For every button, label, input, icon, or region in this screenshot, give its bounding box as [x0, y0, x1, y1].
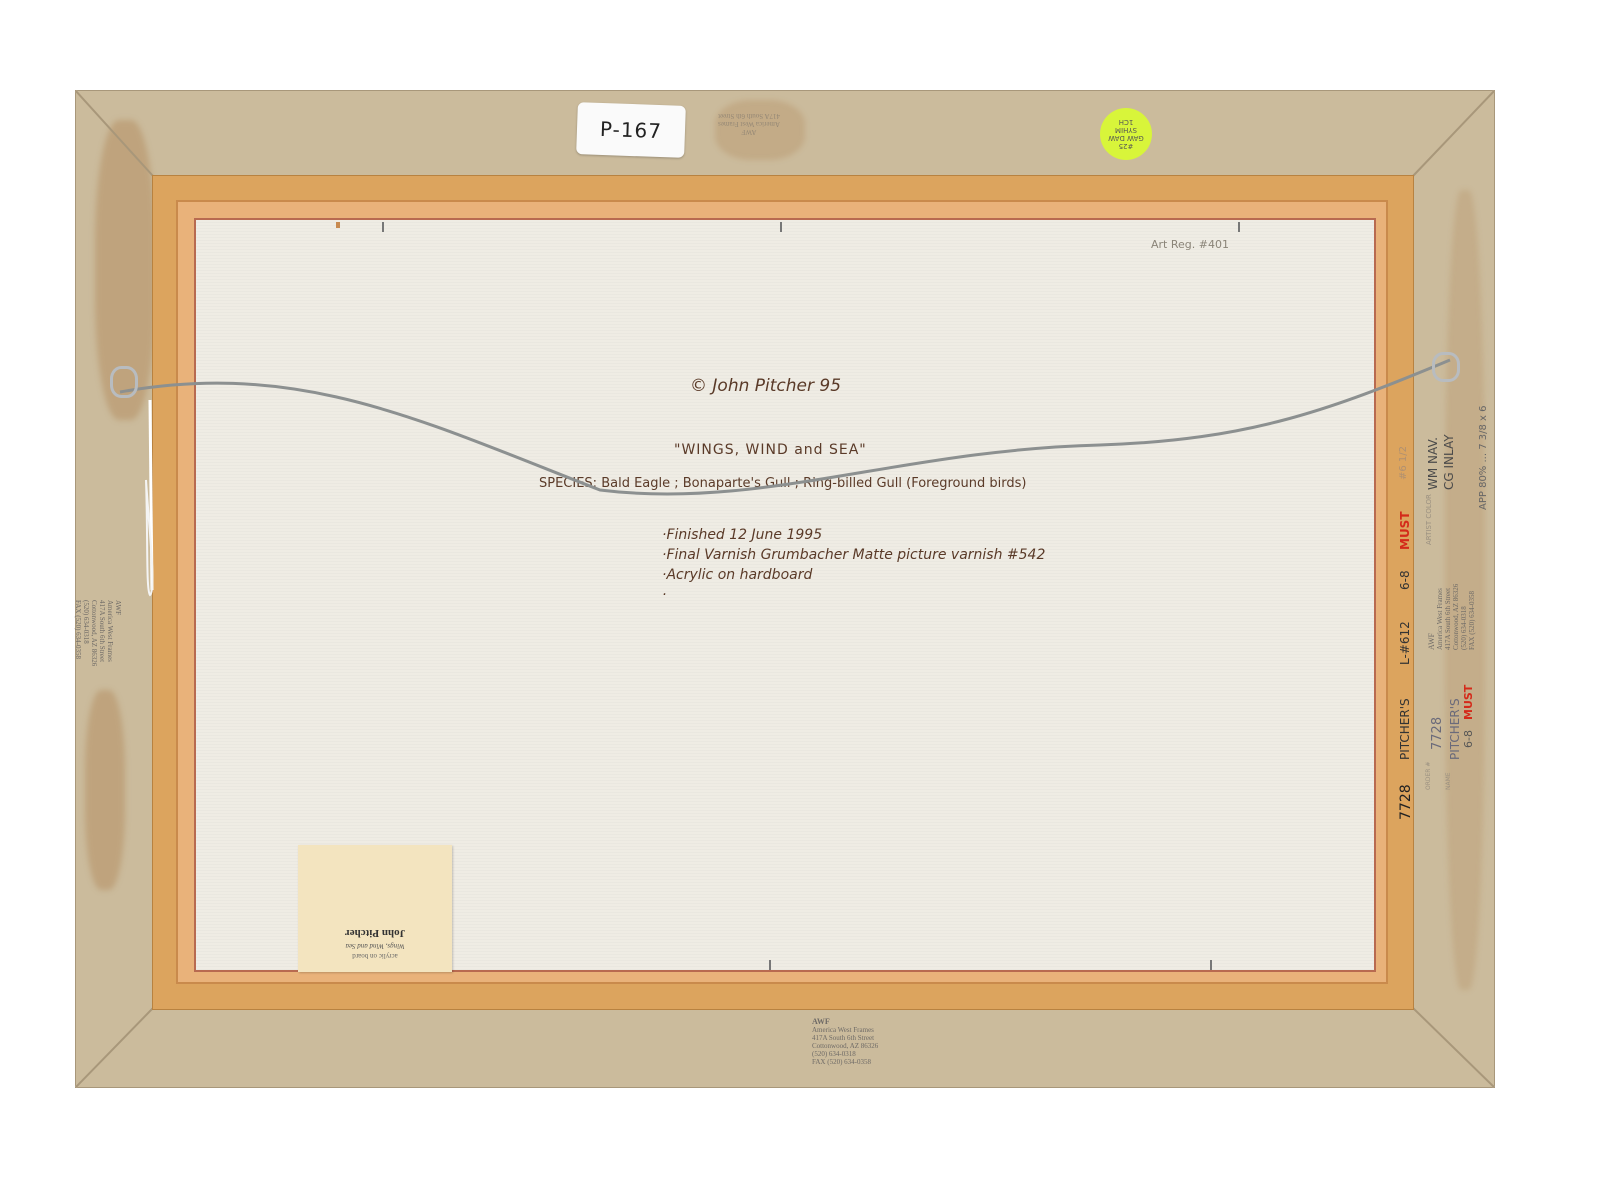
name-value: PITCHER'S	[1448, 698, 1462, 760]
artist-label-card: acrylic on board Wings, Wind and Sea Joh…	[298, 845, 452, 972]
card-title: Wings, Wind and Sea	[345, 942, 404, 950]
color-field-label: ARTIST COLOR	[1425, 494, 1433, 545]
right-strip-order-number: 7728	[1398, 784, 1414, 820]
framer-stamp-right: AWF America West Frames 417A South 6th S…	[1428, 584, 1476, 650]
card-artist-name: John Pitcher	[345, 927, 405, 939]
name-label: NAME	[1445, 772, 1452, 790]
card-medium: acrylic on board	[352, 952, 397, 960]
inventory-number: P-167	[600, 117, 663, 143]
outer-must: MUST	[1462, 685, 1475, 720]
d-ring-hanger-left	[110, 366, 138, 398]
color-value-2: CG INLAY	[1442, 434, 1456, 490]
framer-stamp-left: AWF America West Frames 417A South 6th S…	[74, 600, 122, 666]
right-strip-moulding: L-#612	[1398, 621, 1412, 665]
order-value: 7728	[1430, 717, 1445, 750]
right-strip-size: 6-8	[1398, 570, 1412, 590]
d-ring-hanger-right	[1432, 352, 1460, 382]
inventory-sticker: P-167	[576, 102, 686, 158]
outer-size: 6-8	[1462, 730, 1475, 748]
order-label: ORDER #	[1425, 762, 1432, 790]
right-strip-pencil: #6 1/2	[1398, 446, 1409, 480]
framer-stamp-bottom: AWF America West Frames 417A South 6th S…	[812, 1018, 878, 1066]
framer-stamp-top: AWF America West Frames 417A South 6th S…	[718, 112, 780, 136]
right-strip-must: MUST	[1398, 511, 1412, 550]
hanging-wire	[0, 0, 1600, 1200]
color-value-1: WM NAV.	[1426, 437, 1440, 490]
right-strip-name: PITCHER'S	[1398, 698, 1412, 760]
green-dot-sticker: #25 GAW DAW SYHIM 1CH	[1100, 108, 1152, 160]
right-edge-pencil-note: APP 80% ... 7 3/8 x 6	[1478, 406, 1489, 510]
